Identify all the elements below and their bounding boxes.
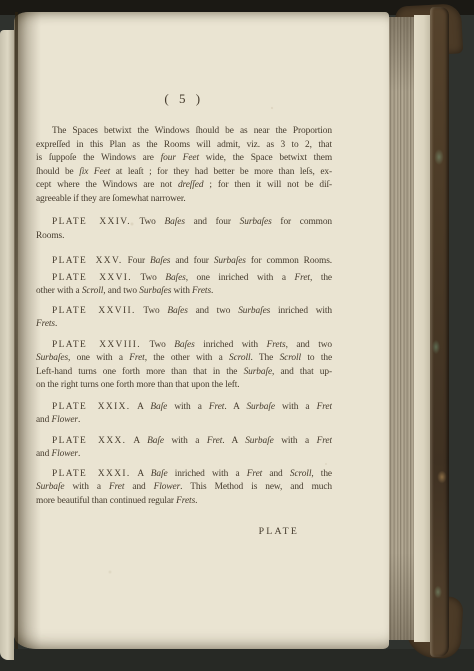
text-line: agreeable if they are ſomewhat narrower. — [36, 193, 332, 207]
book-cover-edge — [430, 7, 449, 657]
text-line: PLATE XXX. A Baſe with a Fret. A Surbaſe… — [36, 435, 332, 449]
text-run: A — [126, 436, 147, 446]
text-run: The Spaces betwixt the Windows ſhould be… — [52, 126, 332, 136]
text-run: Four — [123, 256, 150, 266]
text-run: A — [131, 469, 151, 479]
text-run: with a — [275, 402, 317, 412]
text-run: . — [211, 286, 213, 296]
plate-xxxi-entry: PLATE XXXI. A Baſe inriched with a Fret … — [36, 468, 332, 509]
text-run: Flower — [154, 482, 180, 492]
plate-label: PLATE XXVIII. — [52, 340, 141, 350]
text-line: PLATE XXIV. Two Baſes and four Surbaſes … — [36, 216, 332, 230]
backdrop-bottom — [0, 649, 474, 671]
text-run: Surbaſes — [214, 256, 246, 266]
text-run: , the — [311, 469, 332, 479]
text-run: Surbaſe — [246, 402, 274, 412]
text-run: Baſe — [151, 469, 168, 479]
text-run: and four — [185, 217, 240, 227]
intro-paragraph: The Spaces betwixt the Windows ſhould be… — [36, 125, 332, 206]
text-run: ſix Feet — [79, 167, 110, 177]
text-run: . — [55, 319, 57, 329]
book-page: ( 5 ) The Spaces betwixt the Windows ſho… — [14, 12, 389, 649]
text-run: . — [78, 449, 80, 459]
text-run: , and that up- — [272, 367, 332, 377]
plate-xxx-entry: PLATE XXX. A Baſe with a Fret. A Surbaſe… — [36, 435, 332, 462]
text-line: PLATE XXVI. Two Baſes, one inriched with… — [36, 272, 332, 286]
text-run: Fret — [207, 436, 222, 446]
plate-xxvi-entry: PLATE XXVI. Two Baſes, one inriched with… — [36, 272, 332, 299]
text-run: and — [36, 415, 51, 425]
text-line: other with a Scroll, and two Surbaſes wi… — [36, 285, 332, 299]
text-run: and — [36, 449, 51, 459]
text-run: Surbaſes — [240, 217, 272, 227]
text-run: Scroll — [290, 469, 311, 479]
page-fore-edge — [389, 17, 414, 640]
text-line: PLATE XXVII. Two Baſes and two Surbaſes … — [36, 305, 332, 319]
text-run: Frets — [267, 340, 286, 350]
text-line: Frets. — [36, 318, 332, 332]
binding-crease — [15, 12, 18, 649]
page-number: ( 5 ) — [36, 89, 332, 109]
text-run: Two — [131, 217, 165, 227]
text-run: Surbaſe — [36, 482, 64, 492]
text-run: inriched with a — [168, 469, 247, 479]
text-run: Scroll — [82, 286, 103, 296]
text-run: and two — [188, 306, 238, 316]
text-run: Baſe — [150, 402, 167, 412]
text-run: . A — [222, 436, 245, 446]
text-run: . — [195, 496, 197, 506]
plate-label: PLATE XXV. — [52, 256, 123, 266]
text-run: wide, the Space betwixt them — [199, 153, 332, 163]
text-line: cept where the Windows are not dreſſed ;… — [36, 179, 332, 193]
text-run: Fret — [209, 402, 224, 412]
text-run: Two — [141, 340, 174, 350]
text-line: ſhould be ſix Feet at leaſt ; for they h… — [36, 166, 332, 180]
text-run: Surbaſe — [244, 367, 272, 377]
text-run: inriched with — [270, 306, 332, 316]
text-run: Two — [136, 306, 168, 316]
plate-label: PLATE XXIX. — [52, 402, 131, 412]
text-run: inriched with — [195, 340, 267, 350]
text-line: expreſſed in this Plan as the Rooms will… — [36, 139, 332, 153]
plate-label: PLATE XXXI. — [52, 469, 131, 479]
text-run: other with a — [36, 286, 82, 296]
text-run: . — [78, 415, 80, 425]
text-run: Baſes — [150, 256, 170, 266]
text-run: Fret — [317, 402, 332, 412]
text-run: Baſes — [174, 340, 194, 350]
text-run: to the — [301, 353, 332, 363]
text-run: cept where the Windows are not — [36, 180, 178, 190]
text-run: Surbaſe — [245, 436, 273, 446]
text-line: is ſuppoſe the Windows are four Feet wid… — [36, 152, 332, 166]
text-run: Left-hand turns one forth more than that… — [36, 367, 244, 377]
text-run: Scroll — [280, 353, 301, 363]
text-run: and — [124, 482, 153, 492]
text-run: four Feet — [161, 153, 199, 163]
text-run: agreeable if they are ſomewhat narrower. — [36, 194, 186, 204]
text-run: with a — [64, 482, 108, 492]
text-run: with — [171, 286, 192, 296]
text-run: , the other with a — [145, 353, 229, 363]
text-run: Fret — [247, 469, 262, 479]
text-line: and Flower. — [36, 448, 332, 462]
text-run: ſhould be — [36, 167, 79, 177]
text-run: Frets — [176, 496, 195, 506]
text-run: . A — [224, 402, 246, 412]
text-line: Surbaſes, one with a Fret, the other wit… — [36, 352, 332, 366]
text-line: Rooms. — [36, 230, 332, 244]
text-line: more beautiful than continued regular Fr… — [36, 495, 332, 509]
text-run: Fret — [295, 273, 310, 283]
text-run: , one inriched with a — [186, 273, 295, 283]
book-scan: ( 5 ) The Spaces betwixt the Windows ſho… — [0, 0, 474, 671]
text-run: and four — [170, 256, 213, 266]
text-run: Baſes — [165, 273, 185, 283]
text-run: A — [131, 402, 151, 412]
text-run: Frets — [36, 319, 55, 329]
text-run: Scroll — [229, 353, 250, 363]
page-text-column: ( 5 ) The Spaces betwixt the Windows ſho… — [36, 89, 332, 540]
plate-xxiv-entry: PLATE XXIV. Two Baſes and four Surbaſes … — [36, 216, 332, 243]
text-run: Baſes — [167, 306, 187, 316]
text-run: expreſſed in this Plan as the Rooms will… — [36, 140, 332, 150]
plate-xxix-entry: PLATE XXIX. A Baſe with a Fret. A Surbaſ… — [36, 401, 332, 428]
text-line: and Flower. — [36, 414, 332, 428]
outer-leaves-edge — [414, 15, 430, 642]
text-run: Frets — [192, 286, 211, 296]
plate-xxvii-entry: PLATE XXVII. Two Baſes and two Surbaſes … — [36, 305, 332, 332]
text-run: ; for then it will not be diſ- — [203, 180, 332, 190]
plate-xxv-entry: PLATE XXV. Four Baſes and four Surbaſes … — [36, 255, 332, 269]
text-line: PLATE XXVIII. Two Baſes inriched with Fr… — [36, 339, 332, 353]
text-run: with a — [164, 436, 207, 446]
text-line: PLATE XXXI. A Baſe inriched with a Fret … — [36, 468, 332, 482]
text-run: Rooms. — [36, 231, 64, 241]
facing-page-edge — [0, 30, 14, 660]
plate-label: PLATE XXVI. — [52, 273, 132, 283]
text-run: and — [262, 469, 290, 479]
text-line: Surbaſe with a Fret and Flower. This Met… — [36, 481, 332, 495]
text-line: on the right turns one forth more than t… — [36, 379, 332, 393]
text-run: Flower — [51, 449, 77, 459]
text-line: Left-hand turns one forth more than that… — [36, 366, 332, 380]
text-run: Surbaſes — [238, 306, 270, 316]
text-run: Baſe — [147, 436, 164, 446]
catchword: PLATE — [259, 526, 299, 537]
text-run: with a — [167, 402, 209, 412]
text-run: dreſſed — [178, 180, 204, 190]
text-run: Fret — [109, 482, 124, 492]
text-run: for common — [272, 217, 332, 227]
text-run: for common Rooms. — [246, 256, 332, 266]
plate-label: PLATE XXX. — [52, 436, 126, 446]
text-run: is ſuppoſe the Windows are — [36, 153, 161, 163]
text-run: with a — [274, 436, 317, 446]
text-run: at leaſt ; for they had better be more t… — [110, 167, 332, 177]
text-run: on the right turns one forth more than t… — [36, 380, 240, 390]
text-run: Fret — [129, 353, 144, 363]
plate-label: PLATE XXIV. — [52, 217, 131, 227]
text-run: , and two — [103, 286, 139, 296]
catchword-row: PLATE — [36, 525, 332, 540]
text-run: Surbaſes — [36, 353, 68, 363]
text-run: Baſes — [165, 217, 185, 227]
text-run: , and two — [286, 340, 332, 350]
text-run: Two — [132, 273, 165, 283]
text-run: , one with a — [68, 353, 129, 363]
text-run: Surbaſes — [139, 286, 171, 296]
text-run: , the — [310, 273, 332, 283]
plate-xxviii-entry: PLATE XXVIII. Two Baſes inriched with Fr… — [36, 339, 332, 393]
text-run: . This Method is new, and much — [180, 482, 332, 492]
text-run: Fret — [317, 436, 332, 446]
text-run: more beautiful than continued regular — [36, 496, 176, 506]
text-line: PLATE XXIX. A Baſe with a Fret. A Surbaſ… — [36, 401, 332, 415]
text-run: Flower — [51, 415, 77, 425]
text-line: The Spaces betwixt the Windows ſhould be… — [36, 125, 332, 139]
plate-label: PLATE XXVII. — [52, 306, 136, 316]
text-run: . The — [250, 353, 279, 363]
text-line: PLATE XXV. Four Baſes and four Surbaſes … — [36, 255, 332, 269]
